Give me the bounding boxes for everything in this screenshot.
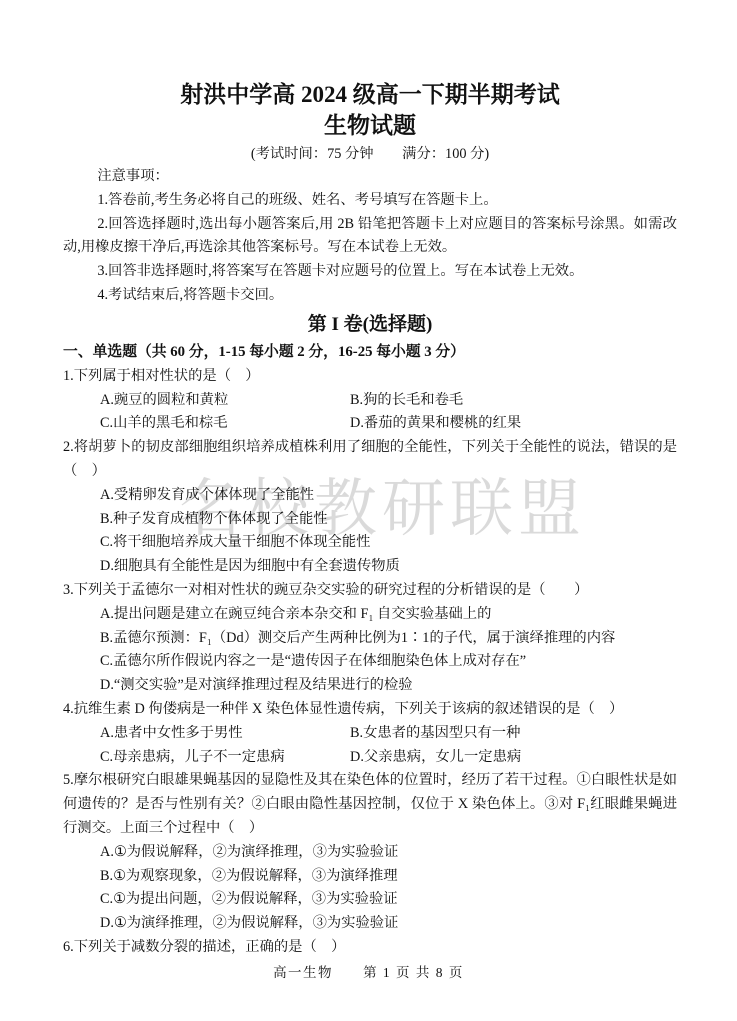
question-stem: 2.将胡萝卜的韧皮部细胞组织培养成植株利用了细胞的全能性，下列关于全能性的说法，… <box>63 436 677 484</box>
question-6: 6.下列关于减数分裂的描述，正确的是（ ） <box>63 936 677 960</box>
exam-title: 射洪中学高 2024 级高一下期半期考试 <box>63 80 677 109</box>
option-a: A.提出问题是建立在豌豆纯合亲本杂交和 F₁ 自交实验基础上的 <box>63 603 677 627</box>
section-instructions: 一、单选题（共 60 分，1-15 每小题 2 分，16-25 每小题 3 分） <box>63 340 677 365</box>
question-options: A.豌豆的圆粒和黄粒 B.狗的长毛和卷毛 C.山羊的黑毛和棕毛 D.番茄的黄果和… <box>63 389 677 437</box>
question-stem: 3.下列关于孟德尔一对相对性状的豌豆杂交实验的研究过程的分析错误的是（ ） <box>63 579 677 603</box>
option-d: D.“测交实验”是对演绎推理过程及结果进行的检验 <box>63 674 677 698</box>
option-c: C.山羊的黑毛和棕毛 <box>100 412 350 436</box>
option-d: D.细胞具有全能性是因为细胞中有全套遗传物质 <box>63 555 677 579</box>
option-d: D.父亲患病，女儿一定患病 <box>350 746 677 770</box>
question-options: A.①为假说解释，②为演绎推理，③为实验验证 B.①为观察现象，②为假说解释，③… <box>63 841 677 936</box>
notice-section: 注意事项： 1.答卷前,考生务必将自己的班级、姓名、考号填写在答题卡上。 2.回… <box>63 165 677 308</box>
question-options: A.提出问题是建立在豌豆纯合亲本杂交和 F₁ 自交实验基础上的 B.孟德尔预测：… <box>63 603 677 698</box>
option-c: C.母亲患病，儿子不一定患病 <box>100 746 350 770</box>
option-a: A.豌豆的圆粒和黄粒 <box>100 389 350 413</box>
option-b: B.狗的长毛和卷毛 <box>350 389 677 413</box>
option-b: B.女患者的基因型只有一种 <box>350 722 677 746</box>
footer-page-number: 第 1 页 共 8 页 <box>363 965 464 980</box>
option-c: C.将干细胞培养成大量干细胞不体现全能性 <box>63 531 677 555</box>
question-stem: 1.下列属于相对性状的是（ ） <box>63 365 677 389</box>
question-3: 3.下列关于孟德尔一对相对性状的豌豆杂交实验的研究过程的分析错误的是（ ） A.… <box>63 579 677 698</box>
notice-item: 2.回答选择题时,选出每小题答案后,用 2B 铅笔把答题卡上对应题目的答案标号涂… <box>63 213 677 261</box>
question-stem: 5.摩尔根研究白眼雄果蝇基因的显隐性及其在染色体的位置时，经历了若干过程。①白眼… <box>63 769 677 840</box>
notice-item: 1.答卷前,考生务必将自己的班级、姓名、考号填写在答题卡上。 <box>63 189 677 213</box>
exam-info: (考试时间：75 分钟 满分：100 分) <box>63 144 677 165</box>
question-stem: 4.抗维生素 D 佝偻病是一种伴 X 染色体显性遗传病，下列关于该病的叙述错误的… <box>63 698 677 722</box>
part-title: 第 I 卷(选择题) <box>63 311 677 339</box>
question-1: 1.下列属于相对性状的是（ ） A.豌豆的圆粒和黄粒 B.狗的长毛和卷毛 C.山… <box>63 365 677 436</box>
exam-subject: 生物试题 <box>63 111 677 140</box>
question-4: 4.抗维生素 D 佝偻病是一种伴 X 染色体显性遗传病，下列关于该病的叙述错误的… <box>63 698 677 769</box>
notice-heading: 注意事项： <box>63 165 677 189</box>
page-footer: 高一生物第 1 页 共 8 页 <box>0 961 737 981</box>
option-a: A.患者中女性多于男性 <box>100 722 350 746</box>
option-b: B.种子发育成植物个体体现了全能性 <box>63 508 677 532</box>
option-b: B.①为观察现象，②为假说解释，③为演绎推理 <box>63 865 677 889</box>
question-2: 2.将胡萝卜的韧皮部细胞组织培养成植株利用了细胞的全能性，下列关于全能性的说法，… <box>63 436 677 579</box>
option-b: B.孟德尔预测：F₁（Dd）测交后产生两种比例为1∶1的子代，属于演绎推理的内容 <box>63 627 677 651</box>
question-stem: 6.下列关于减数分裂的描述，正确的是（ ） <box>63 936 677 960</box>
question-5: 5.摩尔根研究白眼雄果蝇基因的显隐性及其在染色体的位置时，经历了若干过程。①白眼… <box>63 769 677 936</box>
option-d: D.番茄的黄果和樱桃的红果 <box>350 412 677 436</box>
option-c: C.①为提出问题，②为假说解释，③为实验验证 <box>63 888 677 912</box>
option-d: D.①为演绎推理，②为假说解释，③为实验验证 <box>63 912 677 936</box>
option-a: A.受精卵发育成个体体现了全能性 <box>63 484 677 508</box>
notice-item: 4.考试结束后,将答题卡交回。 <box>63 284 677 308</box>
option-c: C.孟德尔所作假说内容之一是“遗传因子在体细胞染色体上成对存在” <box>63 650 677 674</box>
question-options: A.患者中女性多于男性 B.女患者的基因型只有一种 C.母亲患病，儿子不一定患病… <box>63 722 677 770</box>
option-a: A.①为假说解释，②为演绎推理，③为实验验证 <box>63 841 677 865</box>
notice-item: 3.回答非选择题时,将答案写在答题卡对应题号的位置上。写在本试卷上无效。 <box>63 260 677 284</box>
question-options: A.受精卵发育成个体体现了全能性 B.种子发育成植物个体体现了全能性 C.将干细… <box>63 484 677 579</box>
footer-course: 高一生物 <box>273 965 333 980</box>
exam-page: 射洪中学高 2024 级高一下期半期考试 生物试题 (考试时间：75 分钟 满分… <box>63 80 677 960</box>
